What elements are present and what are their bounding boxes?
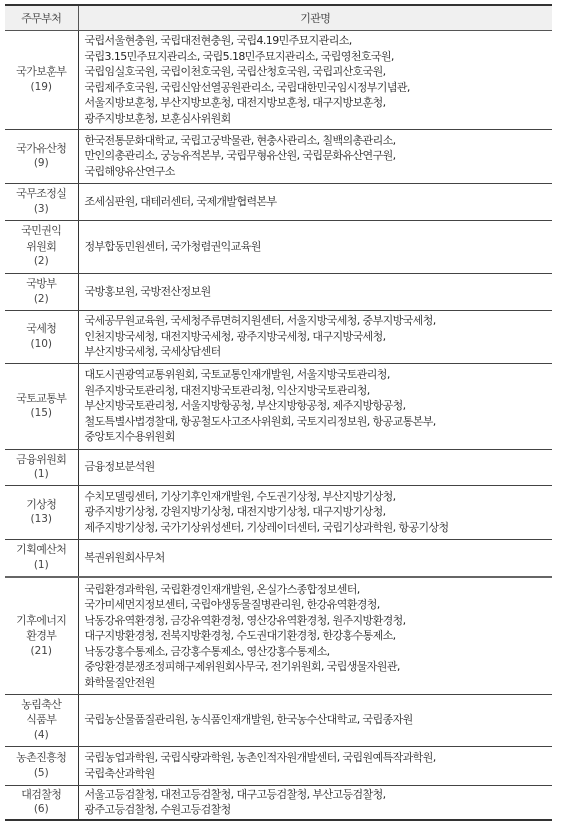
ministry-name: 국민권익	[5, 223, 78, 239]
agency-count: (15)	[5, 406, 78, 422]
ministry-cell: 농촌진흥청(5)	[5, 746, 78, 785]
ministry-name: 환경부	[5, 628, 78, 644]
ministry-cell: 국민권익위원회(2)	[5, 220, 78, 273]
table-row: 농촌진흥청(5)국립농업과학원, 국립식량과학원, 농촌인적자원개발센터, 국립…	[5, 746, 552, 785]
organization-list-line: 원주지방국토관리청, 대전지방국토관리청, 익산지방국토관리청,	[85, 383, 553, 399]
organization-list-line: 낙동강홍수통제소, 금강홍수통제소, 영산강홍수통제소,	[85, 644, 553, 660]
ministry-name: 국가보훈부	[5, 64, 78, 80]
organizations-cell: 수치모델링센터, 기상기후인재개발원, 수도권기상청, 부산지방기상청,광주지방…	[78, 485, 552, 539]
table-row: 국세청(10)국세공무원교육원, 국세청주류면허지원센터, 서울지방국세청, 중…	[5, 310, 552, 363]
organization-list-line: 국방홍보원, 국방전산정보원	[85, 284, 553, 300]
organization-list-line: 부산지방국세청, 국세상담센터	[85, 344, 553, 360]
organization-list-line: 국가미세먼지정보센터, 국립야생동물질병관리원, 한강유역환경청,	[85, 597, 553, 613]
organization-list-line: 광주고등검찰청, 수원고등검찰청	[85, 802, 553, 818]
ministry-name: 농림축산	[5, 697, 78, 713]
ministry-cell: 기획예산처(1)	[5, 539, 78, 577]
ministry-cell: 기상청(13)	[5, 485, 78, 539]
agency-count: (4)	[5, 728, 78, 744]
agency-table: 주무부처 기관명 국가보훈부(19)국립서울현충원, 국립대전현충원, 국립4.…	[5, 4, 552, 821]
agency-count: (6)	[5, 802, 78, 818]
organization-list-line: 대도시권광역교통위원회, 국토교통인재개발원, 서울지방국토관리청,	[85, 367, 553, 383]
agency-count: (1)	[5, 558, 78, 574]
organization-list-line: 인천지방국세청, 대전지방국세청, 광주지방국세청, 대구지방국세청,	[85, 329, 553, 345]
organizations-cell: 정부합동민원센터, 국가청렴권익교육원	[78, 220, 552, 273]
table-row: 국무조정실(3)조세심판원, 대테러센터, 국제개발협력본부	[5, 183, 552, 220]
header-organizations: 기관명	[78, 5, 552, 30]
organization-list-line: 국립임실호국원, 국립이천호국원, 국립산청호국원, 국립괴산호국원,	[85, 64, 553, 80]
ministry-cell: 국가보훈부(19)	[5, 30, 78, 129]
agency-count: (2)	[5, 254, 78, 270]
ministry-cell: 농림축산식품부(4)	[5, 694, 78, 746]
header-row: 주무부처 기관명	[5, 5, 552, 30]
ministry-name: 금융위원회	[5, 452, 78, 468]
organizations-cell: 국립농산물품질관리원, 농식품인재개발원, 한국농수산대학교, 국립종자원	[78, 694, 552, 746]
agency-count: (3)	[5, 202, 78, 218]
table-header: 주무부처 기관명	[5, 5, 552, 30]
ministry-name: 국방부	[5, 276, 78, 292]
ministry-cell: 국무조정실(3)	[5, 183, 78, 220]
organization-list-line: 화학물질안전원	[85, 675, 553, 691]
ministry-name: 국토교통부	[5, 391, 78, 407]
table-row: 기후에너지환경부(21)국립환경과학원, 국립환경인재개발원, 온실가스종합정보…	[5, 577, 552, 694]
organization-list-line: 복권위원회사무처	[85, 550, 553, 566]
header-ministry: 주무부처	[5, 5, 78, 30]
table-row: 국토교통부(15)대도시권광역교통위원회, 국토교통인재개발원, 서울지방국토관…	[5, 363, 552, 449]
organizations-cell: 금융정보분석원	[78, 449, 552, 485]
organization-list-line: 국세공무원교육원, 국세청주류면허지원센터, 서울지방국세청, 중부지방국세청,	[85, 313, 553, 329]
organizations-cell: 대도시권광역교통위원회, 국토교통인재개발원, 서울지방국토관리청,원주지방국토…	[78, 363, 552, 449]
organization-list-line: 서울지방보훈청, 부산지방보훈청, 대전지방보훈청, 대구지방보훈청,	[85, 95, 553, 111]
ministry-name: 국세청	[5, 321, 78, 337]
organization-list-line: 제주지방기상청, 국가기상위성센터, 기상레이더센터, 국립기상과학원, 항공기…	[85, 520, 553, 536]
table-row: 국가보훈부(19)국립서울현충원, 국립대전현충원, 국립4.19민주묘지관리소…	[5, 30, 552, 129]
organizations-cell: 국립환경과학원, 국립환경인재개발원, 온실가스종합정보센터,국가미세먼지정보센…	[78, 577, 552, 694]
ministry-cell: 국토교통부(15)	[5, 363, 78, 449]
ministry-cell: 기후에너지환경부(21)	[5, 577, 78, 694]
organizations-cell: 국세공무원교육원, 국세청주류면허지원센터, 서울지방국세청, 중부지방국세청,…	[78, 310, 552, 363]
ministry-cell: 국방부(2)	[5, 273, 78, 310]
organization-list-line: 낙동강유역환경청, 금강유역환경청, 영산강유역환경청, 원주지방환경청,	[85, 613, 553, 629]
ministry-cell: 대검찰청(6)	[5, 785, 78, 820]
table-body: 국가보훈부(19)국립서울현충원, 국립대전현충원, 국립4.19민주묘지관리소…	[5, 30, 552, 820]
table-row: 국민권익위원회(2)정부합동민원센터, 국가청렴권익교육원	[5, 220, 552, 273]
ministry-name: 국무조정실	[5, 186, 78, 202]
organization-list-line: 한국전통문화대학교, 국립고궁박물관, 현충사관리소, 칠백의총관리소,	[85, 133, 553, 149]
agency-count: (13)	[5, 512, 78, 528]
ministry-name: 기획예산처	[5, 542, 78, 558]
table-row: 기상청(13)수치모델링센터, 기상기후인재개발원, 수도권기상청, 부산지방기…	[5, 485, 552, 539]
agency-count: (10)	[5, 337, 78, 353]
table-row: 농림축산식품부(4)국립농산물품질관리원, 농식품인재개발원, 한국농수산대학교…	[5, 694, 552, 746]
organizations-cell: 국립서울현충원, 국립대전현충원, 국립4.19민주묘지관리소,국립3.15민주…	[78, 30, 552, 129]
organization-list-line: 국립농업과학원, 국립식량과학원, 농촌인적자원개발센터, 국립원예특작과학원,	[85, 750, 553, 766]
agency-count: (2)	[5, 292, 78, 308]
organization-list-line: 중앙토지수용위원회	[85, 429, 553, 445]
ministry-name: 국가유산청	[5, 141, 78, 157]
agency-count: (19)	[5, 80, 78, 96]
organization-list-line: 정부합동민원센터, 국가청렴권익교육원	[85, 239, 553, 255]
table-row: 기획예산처(1)복권위원회사무처	[5, 539, 552, 577]
agency-count: (1)	[5, 467, 78, 483]
table-row: 대검찰청(6)서울고등검찰청, 대전고등검찰청, 대구고등검찰청, 부산고등검찰…	[5, 785, 552, 820]
ministry-name: 위원회	[5, 239, 78, 255]
organizations-cell: 국방홍보원, 국방전산정보원	[78, 273, 552, 310]
ministry-name: 기후에너지	[5, 613, 78, 629]
organization-list-line: 조세심판원, 대테러센터, 국제개발협력본부	[85, 194, 553, 210]
ministry-cell: 국가유산청(9)	[5, 129, 78, 183]
ministry-cell: 금융위원회(1)	[5, 449, 78, 485]
table-row: 국가유산청(9)한국전통문화대학교, 국립고궁박물관, 현충사관리소, 칠백의총…	[5, 129, 552, 183]
organization-list-line: 서울고등검찰청, 대전고등검찰청, 대구고등검찰청, 부산고등검찰청,	[85, 787, 553, 803]
organization-list-line: 광주지방보훈청, 보훈심사위원회	[85, 111, 553, 127]
agency-count: (9)	[5, 156, 78, 172]
organization-list-line: 부산지방국토관리청, 서울지방항공청, 부산지방항공청, 제주지방항공청,	[85, 398, 553, 414]
organization-list-line: 국립환경과학원, 국립환경인재개발원, 온실가스종합정보센터,	[85, 582, 553, 598]
table-row: 국방부(2)국방홍보원, 국방전산정보원	[5, 273, 552, 310]
organization-list-line: 국립제주호국원, 국립신암선열공원관리소, 국립대한민국임시정부기념관,	[85, 80, 553, 96]
organization-list-line: 국립3.15민주묘지관리소, 국립5.18민주묘지관리소, 국립영천호국원,	[85, 49, 553, 65]
ministry-name: 식품부	[5, 712, 78, 728]
table-row: 금융위원회(1)금융정보분석원	[5, 449, 552, 485]
organization-list-line: 철도특별사법경찰대, 항공철도사고조사위원회, 국토지리정보원, 항공교통본부,	[85, 414, 553, 430]
organization-list-line: 만인의총관리소, 궁능유적본부, 국립무형유산원, 국립문화유산연구원,	[85, 148, 553, 164]
organizations-cell: 한국전통문화대학교, 국립고궁박물관, 현충사관리소, 칠백의총관리소,만인의총…	[78, 129, 552, 183]
agency-count: (21)	[5, 644, 78, 660]
organization-list-line: 광주지방기상청, 강원지방기상청, 대전지방기상청, 대구지방기상청,	[85, 504, 553, 520]
organization-list-line: 대구지방환경청, 전북지방환경청, 수도권대기환경청, 한강홍수통제소,	[85, 628, 553, 644]
ministry-name: 대검찰청	[5, 787, 78, 803]
organization-list-line: 국립축산과학원	[85, 766, 553, 782]
organizations-cell: 서울고등검찰청, 대전고등검찰청, 대구고등검찰청, 부산고등검찰청,광주고등검…	[78, 785, 552, 820]
ministry-cell: 국세청(10)	[5, 310, 78, 363]
organizations-cell: 국립농업과학원, 국립식량과학원, 농촌인적자원개발센터, 국립원예특작과학원,…	[78, 746, 552, 785]
ministry-name: 농촌진흥청	[5, 750, 78, 766]
organization-list-line: 금융정보분석원	[85, 459, 553, 475]
agency-count: (5)	[5, 766, 78, 782]
ministry-name: 기상청	[5, 497, 78, 513]
organization-list-line: 국립농산물품질관리원, 농식품인재개발원, 한국농수산대학교, 국립종자원	[85, 712, 553, 728]
organization-list-line: 국립서울현충원, 국립대전현충원, 국립4.19민주묘지관리소,	[85, 33, 553, 49]
organization-list-line: 중앙환경분쟁조정피해구제위원회사무국, 전기위원회, 국립생물자원관,	[85, 659, 553, 675]
organization-list-line: 국립해양유산연구소	[85, 164, 553, 180]
organizations-cell: 복권위원회사무처	[78, 539, 552, 577]
organization-list-line: 수치모델링센터, 기상기후인재개발원, 수도권기상청, 부산지방기상청,	[85, 489, 553, 505]
organizations-cell: 조세심판원, 대테러센터, 국제개발협력본부	[78, 183, 552, 220]
